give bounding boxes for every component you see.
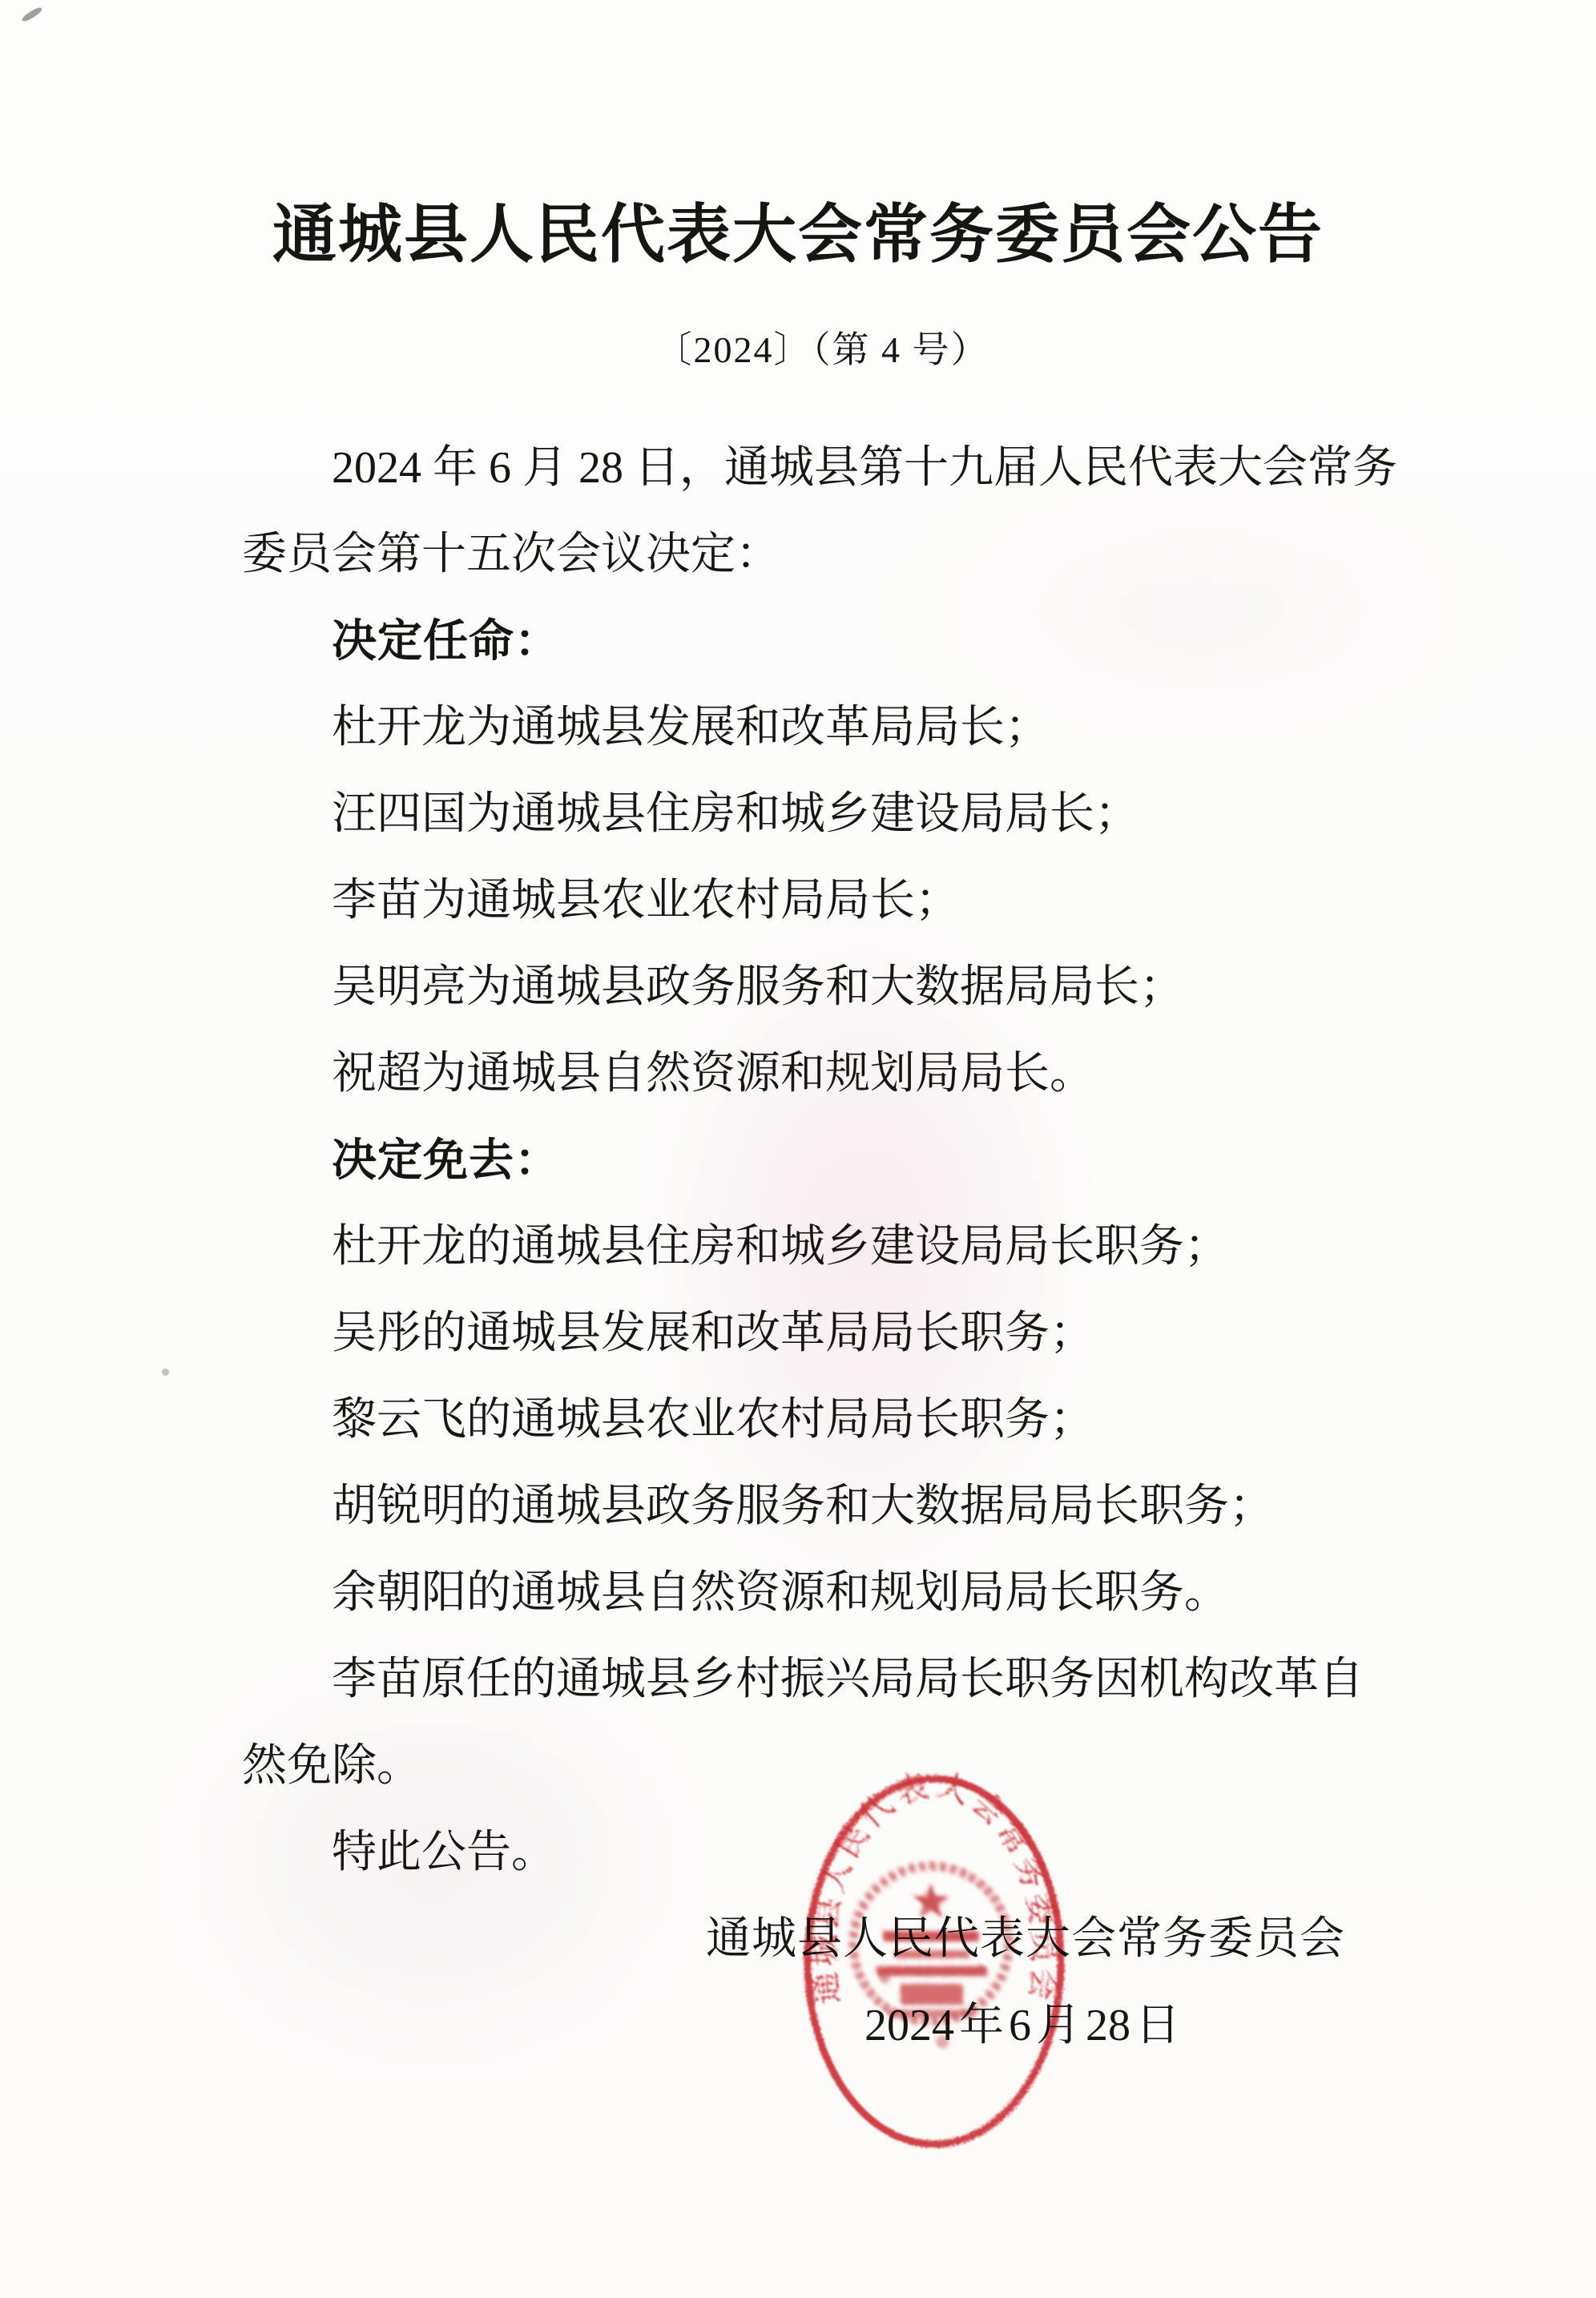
appointment-item: 汪四国为通城县住房和城乡建设局局长； xyxy=(242,771,1364,857)
body-line: 然免除。 xyxy=(242,1723,1364,1809)
section-heading-dismissals: 决定免去： xyxy=(242,1117,1364,1203)
scan-speck xyxy=(162,1369,169,1376)
appointment-item: 吴明亮为通城县政务服务和大数据局局长； xyxy=(242,944,1364,1030)
signature-org: 通城县人民代表大会常务委员会 xyxy=(242,1896,1345,1982)
document-body: 2024 年 6 月 28 日，通城县第十九届人民代表大会常务 委员会第十五次会… xyxy=(242,425,1364,1896)
body-line: 委员会第十五次会议决定： xyxy=(242,511,1364,598)
appointment-item: 祝超为通城县自然资源和规划局局长。 xyxy=(242,1030,1364,1117)
signature-date: 2024 年 6 月 28 日 xyxy=(242,1982,1180,2069)
closing-line: 特此公告。 xyxy=(242,1809,1364,1896)
appointment-item: 杜开龙为通城县发展和改革局局长； xyxy=(242,684,1364,771)
document-page: 通城县人民代表大会常务委员会公告 〔2024〕（第 4 号） 2024 年 6 … xyxy=(0,0,1596,2298)
body-line: 李苗原任的通城县乡村振兴局局长职务因机构改革自 xyxy=(242,1636,1364,1723)
scan-speck xyxy=(21,6,43,23)
body-line: 2024 年 6 月 28 日，通城县第十九届人民代表大会常务 xyxy=(242,425,1364,511)
document-number: 〔2024〕（第 4 号） xyxy=(24,325,1596,375)
dismissal-item: 吴彤的通城县发展和改革局局长职务； xyxy=(242,1290,1364,1377)
dismissal-item: 黎云飞的通城县农业农村局局长职务； xyxy=(242,1377,1364,1463)
dismissal-item: 杜开龙的通城县住房和城乡建设局局长职务； xyxy=(242,1203,1364,1290)
section-heading-appointments: 决定任命： xyxy=(242,598,1364,684)
appointment-item: 李苗为通城县农业农村局局长； xyxy=(242,857,1364,944)
document-title: 通城县人民代表大会常务委员会公告 xyxy=(0,191,1596,280)
dismissal-item: 胡锐明的通城县政务服务和大数据局局长职务； xyxy=(242,1463,1364,1550)
dismissal-item: 余朝阳的通城县自然资源和规划局局长职务。 xyxy=(242,1550,1364,1636)
